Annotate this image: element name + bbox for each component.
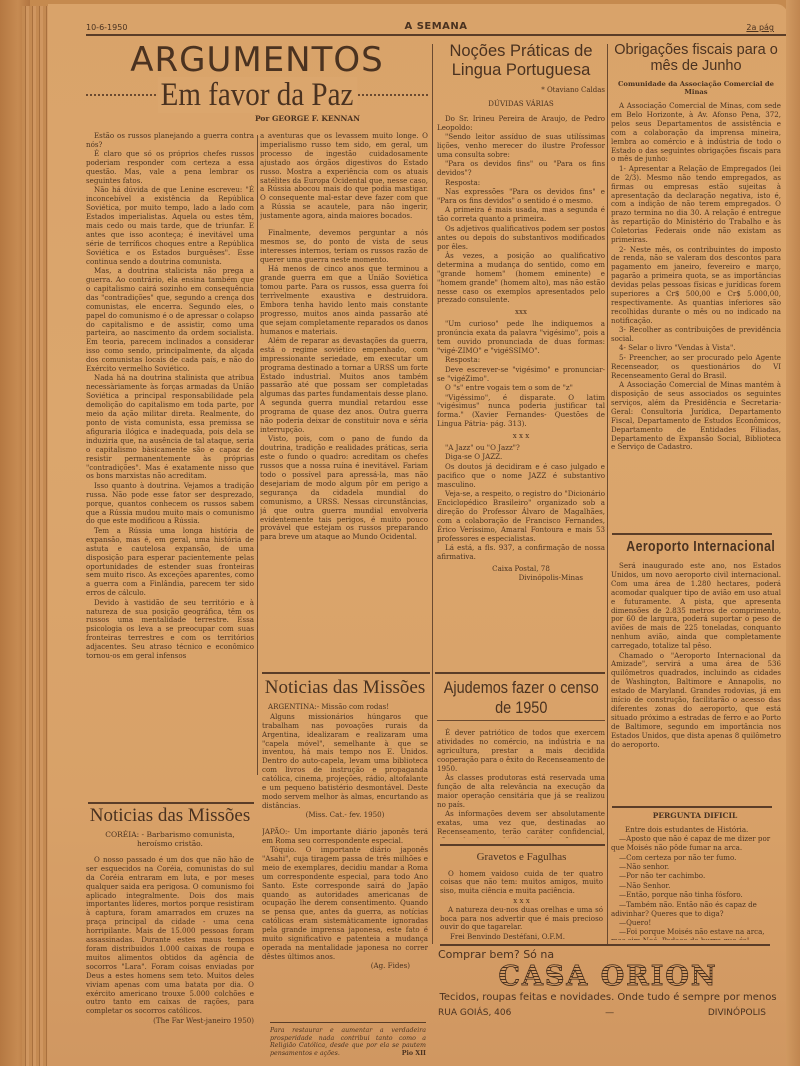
- censo-title: Ajudemos fazer o censo de 1950: [437, 678, 605, 721]
- gravetos-section: Gravetos e Fagulhas O homem vaidoso cuid…: [440, 848, 603, 940]
- section-rule: [435, 672, 605, 674]
- paragraph: 2- Neste mês, os contribuintes do impost…: [611, 246, 781, 326]
- paragraph: 5- Preencher, ao ser procurado pelo Agen…: [611, 354, 781, 381]
- paragraph: Será inaugurado este ano, nos Estados Un…: [611, 562, 781, 651]
- page-right-edge: [786, 0, 800, 1066]
- column-divider: [432, 44, 433, 944]
- missoes-title: Noticias das Missões: [86, 806, 254, 826]
- section-rule: [440, 844, 605, 846]
- paragraph: Do Sr. Irineu Pereira de Araujo, de Pedr…: [437, 115, 605, 133]
- missoes-coreia-section: Noticias das Missões CORÉIA: - Barbarism…: [86, 806, 254, 1061]
- paragraph: a aventuras que os levassem muito longe.…: [260, 132, 428, 221]
- footnote-rule: [270, 1022, 426, 1023]
- argumentos-byline: Por GEORGE F. KENNAN: [84, 114, 360, 123]
- argentina-subhead: ARGENTINA:- Missão com rodas!: [268, 703, 428, 712]
- paragraph: Deve escrever-se "vigésimo" e pronunciar…: [437, 366, 605, 384]
- ad-dash: —: [605, 1008, 614, 1018]
- nocoes-section-title: DÚVIDAS VÁRIAS: [437, 100, 605, 109]
- section-rule: [612, 533, 772, 535]
- footnote-signature: Pio XII: [402, 1050, 426, 1058]
- dialogue-line: —Por não ter cachimbo.: [611, 872, 779, 881]
- paragraph: "Sendo leitor assíduo de suas utilíssima…: [437, 133, 605, 160]
- dialogue-line: —Também não. Então não és capaz de adivi…: [611, 901, 779, 919]
- dialogue-line: —Foi porque Moisés não estave na arca, m…: [611, 928, 779, 940]
- masthead: 10-6-1950 A SEMANA 2a pág: [86, 22, 786, 36]
- ad-address: RUA GOIÁS, 406: [438, 1008, 511, 1018]
- paragraph: 1- Apresentar a Relação de Empregados (l…: [611, 165, 781, 245]
- japao-body: Tóquio. O importante diário japonês "Asa…: [262, 846, 428, 962]
- ad-brand: CASA ORION: [438, 961, 778, 992]
- column-divider: [257, 135, 258, 775]
- paragraph: "Vigéssimo", é disparate. O latim "vigés…: [437, 394, 605, 430]
- ad-address-line: RUA GOIÁS, 406 — DIVINÓPOLIS: [438, 1008, 778, 1018]
- separator: x x x: [437, 432, 605, 441]
- page-number: 2a pág: [746, 23, 774, 32]
- paragraph: Às vezes, a posição ao qualificativo det…: [437, 252, 605, 305]
- argumentos-subtitle: Em favor da Paz: [157, 77, 357, 113]
- newspaper-name: A SEMANA: [86, 21, 786, 32]
- coreia-subhead: CORÉIA: - Barbarismo comunista, heroísmo…: [94, 830, 246, 848]
- paragraph: Há menos de cinco anos que terminou a gr…: [260, 265, 428, 336]
- argumentos-title: ARGUMENTOS: [84, 42, 430, 78]
- obrigacoes-subhead: Comunidade da Associação Comercial de Mi…: [615, 80, 777, 96]
- paragraph: Estão os russos planejando a guerra cont…: [86, 132, 254, 150]
- paragraph: É claro que só os próprios chefes russos…: [86, 150, 254, 186]
- nocoes-title: Noções Práticas de Lingua Portuguesa: [437, 42, 605, 80]
- paragraph: Isso quanto à doutrina. Vejamos a tradiç…: [86, 482, 254, 527]
- paragraph: Os doutos já decidiram e é caso julgado …: [437, 463, 605, 490]
- gravetos-signature: Frei Benvindo Destéfani, O.F.M.: [450, 933, 603, 940]
- section-rule: [262, 672, 430, 674]
- missoes-argentina-japao-section: Noticias das Missões ARGENTINA:- Missão …: [262, 678, 428, 1018]
- ad-rule: [440, 944, 770, 946]
- japao-subhead: JAPÃO:- Um importante diário japonês ter…: [262, 828, 428, 846]
- separator: xxx: [437, 308, 605, 317]
- pergunta-title: PERGUNTA DIFÍCIL: [611, 812, 779, 821]
- signoff-city: Divinópolis-Minas: [437, 574, 583, 583]
- gravetos-title: Gravetos e Fagulhas: [440, 852, 603, 864]
- coreia-source: (The Far West-janeiro 1950): [86, 1017, 254, 1026]
- aeroporto-section: Aeroporto Internacional Será inaugurado …: [611, 538, 781, 800]
- paragraph: Nada há na doutrina stalinista que atrib…: [86, 374, 254, 481]
- dialogue-line: —Aposto que não é capaz de me dizer por …: [611, 835, 779, 853]
- column-divider: [607, 44, 608, 944]
- paragraph: 3- Recolher as contribuições de previdên…: [611, 326, 781, 344]
- paragraph: Veja-se, a respeito, o registro do "Dici…: [437, 490, 605, 543]
- paragraph: Às classes produtoras está reservada uma…: [437, 774, 605, 810]
- paragraph: Resposta:: [437, 356, 605, 365]
- paragraph: "Para os devidos fins" ou "Para os fins …: [437, 160, 605, 178]
- paragraph: Chamado o "Aeroporto Internacional da Am…: [611, 652, 781, 750]
- missoes-title: Noticias das Missões: [262, 678, 428, 698]
- paragraph: A Associação Comercial de Minas mantém à…: [611, 381, 781, 452]
- ad-question: Comprar bem? Só na: [438, 948, 778, 961]
- section-rule: [88, 802, 254, 804]
- casa-orion-ad: Comprar bem? Só na CASA ORION Tecidos, r…: [438, 948, 778, 1058]
- paragraph: Lá está, a fls. 937, a confirmação de no…: [437, 544, 605, 562]
- paragraph: A primeira é mais usada, mas a segunda é…: [437, 206, 605, 224]
- argentina-source: (Miss. Cat.- fev. 1950): [262, 811, 428, 820]
- nocoes-section: Noções Práticas de Lingua Portuguesa * O…: [437, 42, 605, 667]
- argentina-body: Alguns missionários húngaros que trabalh…: [262, 713, 428, 811]
- paragraph: Nas expressões "Para os devidos fins" e …: [437, 188, 605, 206]
- censo-section: Ajudemos fazer o censo de 1950 É dever p…: [437, 678, 605, 838]
- paragraph: O "s" entre vogais tem o som de "z": [437, 384, 605, 393]
- paragraph: Mas, a doutrina stalicista não prega a g…: [86, 267, 254, 374]
- paragraph: Tem a Rússia uma longa história de expan…: [86, 527, 254, 598]
- paragraph: É dever patriótico de todos que exercem …: [437, 729, 605, 774]
- pio-xii-quote: Para restaurar e aumentar a verdadeira p…: [270, 1027, 426, 1057]
- paragraph: Finalmente, devemos perguntar a nós mesm…: [260, 229, 428, 265]
- aeroporto-title: Aeroporto Internacional: [626, 538, 765, 556]
- paragraph: "Um curioso" pede lhe indiquemos a pronú…: [437, 320, 605, 356]
- paragraph: Devido à vastidão de seu território e à …: [86, 599, 254, 661]
- pergunta-section: PERGUNTA DIFÍCIL Entre dois estudantes d…: [611, 812, 779, 940]
- argumentos-column-1: Estão os russos planejando a guerra cont…: [86, 132, 254, 778]
- nocoes-author: * Otaviano Caldas: [437, 86, 605, 95]
- section-rule: [612, 806, 772, 808]
- argumentos-column-2: a aventuras que os levassem muito longe.…: [260, 132, 428, 672]
- coreia-body: O nosso passado é um dos que não hão de …: [86, 856, 254, 1016]
- paragraph: Além de reparar as devastações da guerra…: [260, 337, 428, 435]
- dialogue-line: —Então, porque não tinha fósforo.: [611, 891, 779, 900]
- paragraph: Diga-se O JAZZ.: [437, 453, 605, 462]
- paragraph: Visto, pois, com o pano de fundo da dout…: [260, 435, 428, 542]
- ad-description: Tecidos, roupas feitas e novidades. Onde…: [438, 992, 778, 1004]
- paragraph: Não há dúvida de que Lenine escreveu: "É…: [86, 186, 254, 266]
- obrigacoes-title: Obrigações fiscais para o mês de Junho: [611, 42, 781, 74]
- japao-source: (Ag. Fides): [262, 962, 410, 971]
- paragraph: A natureza deu-nos duas orelhas e uma só…: [440, 906, 603, 933]
- argumentos-header: ARGUMENTOS Em favor da Paz Por GEORGE F.…: [84, 42, 430, 123]
- paragraph: As informações devem ser absolutamente e…: [437, 810, 605, 838]
- obrigacoes-section: Obrigações fiscais para o mês de Junho C…: [611, 42, 781, 527]
- paragraph: A Associação Comercial de Minas, com sed…: [611, 102, 781, 164]
- paragraph: O homem vaidoso cuida de ter quatro cois…: [440, 870, 603, 897]
- paragraph: Os adjetivos qualificativos podem ser po…: [437, 225, 605, 252]
- ad-city: DIVINÓPOLIS: [708, 1008, 766, 1018]
